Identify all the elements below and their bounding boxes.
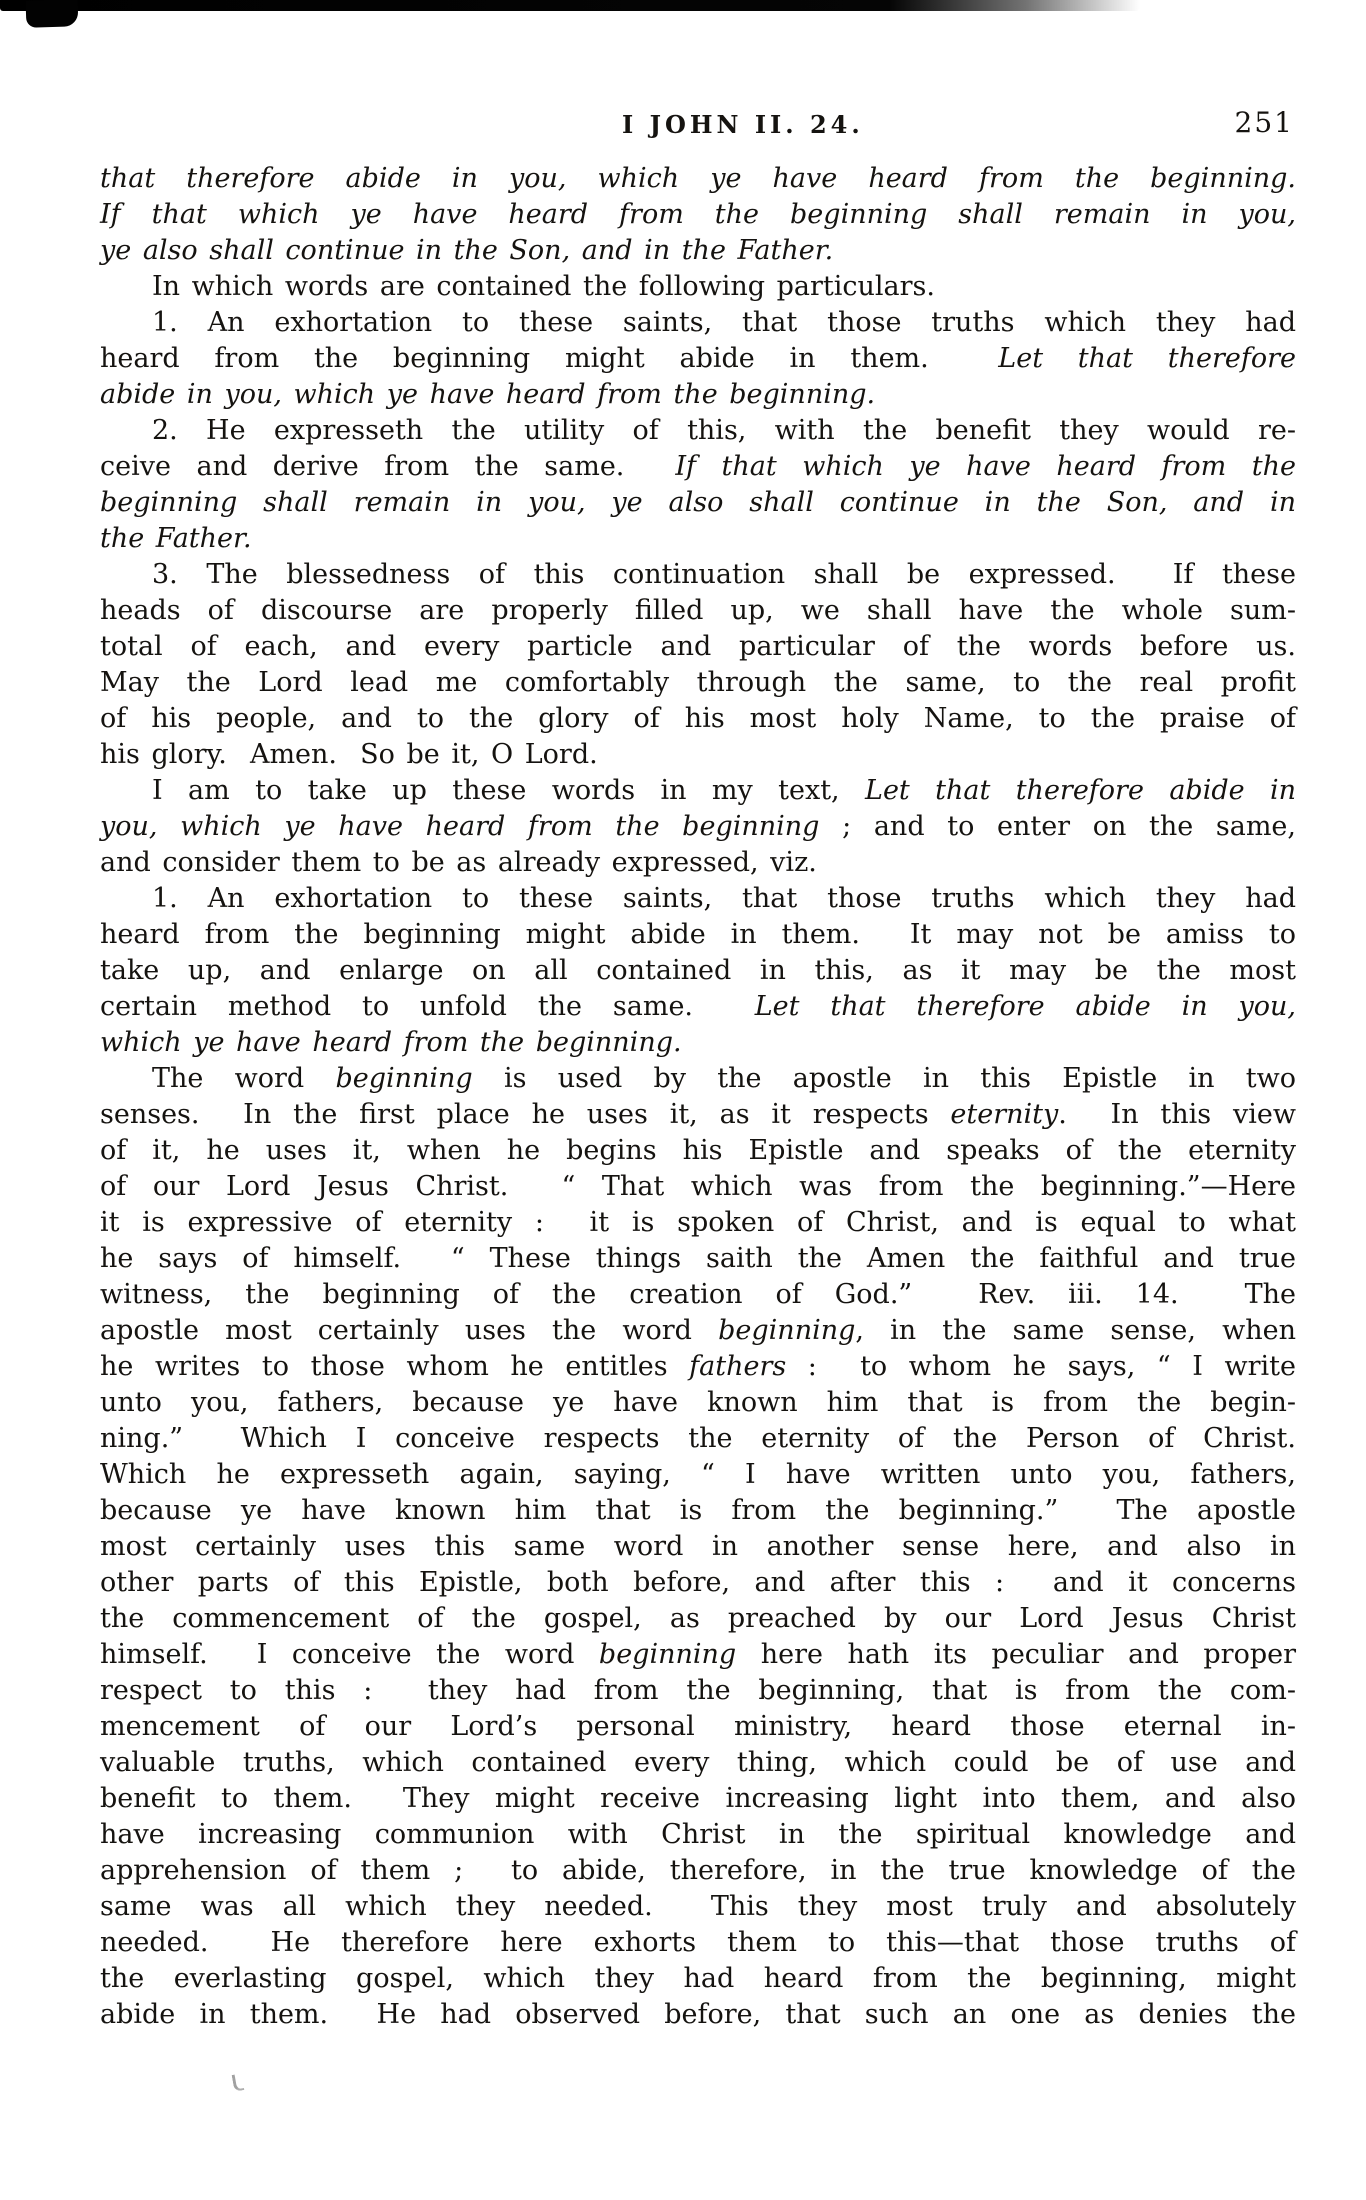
text-line: Which he expresseth again, saying, “ I h… — [100, 1457, 1296, 1493]
page-number: 251 — [1235, 106, 1294, 139]
text-segment: unto you, fathers, because ye have known… — [100, 1387, 1296, 1418]
text-line: ceive and derive from the same. If that … — [100, 449, 1296, 485]
text-segment: : to whom he says, “ I write — [786, 1351, 1296, 1382]
text-segment: I am to take up these words in my text, — [152, 775, 865, 806]
text-line: If that which ye have heard from the beg… — [100, 197, 1296, 233]
text-line: unto you, fathers, because ye have known… — [100, 1385, 1296, 1421]
text-line: the commencement of the gospel, as preac… — [100, 1601, 1296, 1637]
text-line: valuable truths, which contained every t… — [100, 1745, 1296, 1781]
text-segment: valuable truths, which contained every t… — [100, 1747, 1296, 1778]
text-line: total of each, and every particle and pa… — [100, 629, 1296, 665]
text-segment: of it, he uses it, when he begins his Ep… — [100, 1135, 1296, 1166]
text-segment: heard from the beginning might abide in … — [100, 343, 998, 374]
text-segment: total of each, and every particle and pa… — [100, 631, 1296, 662]
text-line: 2. He expresseth the utility of this, wi… — [100, 413, 1296, 449]
text-segment: , in the same sense, when — [855, 1315, 1296, 1346]
italic-text-segment: beginning — [335, 1063, 472, 1094]
text-line: ye also shall continue in the Son, and i… — [100, 233, 1296, 269]
italic-text-segment: ye also shall continue in the Son, and i… — [100, 235, 833, 266]
text-line: heard from the beginning might abide in … — [100, 341, 1296, 377]
text-line: have increasing communion with Christ in… — [100, 1817, 1296, 1853]
running-header: I JOHN II. 24. 251 — [100, 104, 1296, 144]
text-line: 3. The blessedness of this continuation … — [100, 557, 1296, 593]
text-line: and consider them to be as already expre… — [100, 845, 1296, 881]
text-segment: ; and to enter on the same, — [819, 811, 1296, 842]
text-segment: senses. In the first place he uses it, a… — [100, 1099, 950, 1130]
text-segment: he says of himself. “ These things saith… — [100, 1243, 1296, 1274]
text-line: The word beginning is used by the apostl… — [100, 1061, 1296, 1097]
text-segment: 1. An exhortation to these saints, that … — [152, 307, 1296, 338]
text-segment: of his people, and to the glory of his m… — [100, 703, 1296, 734]
scanned-book-page: I JOHN II. 24. 251 that therefore abide … — [0, 0, 1366, 2200]
text-line: abide in them. He had observed before, t… — [100, 1997, 1296, 2033]
italic-text-segment: Let that therefore abide in — [865, 775, 1296, 806]
text-line: abide in you, which ye have heard from t… — [100, 377, 1296, 413]
scan-artifact-top-left-blob — [26, 0, 79, 28]
text-segment: of our Lord Jesus Christ. “ That which w… — [100, 1171, 1296, 1202]
text-segment: May the Lord lead me comfortably through… — [100, 667, 1296, 698]
text-line: of his people, and to the glory of his m… — [100, 701, 1296, 737]
italic-text-segment: If that which ye have heard from the — [675, 451, 1296, 482]
text-segment: The word — [152, 1063, 335, 1094]
text-segment: certain method to unfold the same. — [100, 991, 755, 1022]
text-segment: 1. An exhortation to these saints, that … — [152, 883, 1296, 914]
text-segment: it is expressive of eternity : it is spo… — [100, 1207, 1296, 1238]
text-line: the everlasting gospel, which they had h… — [100, 1961, 1296, 1997]
text-line: take up, and enlarge on all contained in… — [100, 953, 1296, 989]
text-line: senses. In the first place he uses it, a… — [100, 1097, 1296, 1133]
italic-text-segment: abide in you, which ye have heard from t… — [100, 379, 875, 410]
text-line: that therefore abide in you, which ye ha… — [100, 161, 1296, 197]
text-segment: he writes to those whom he entitles — [100, 1351, 689, 1382]
text-line: heads of discourse are properly filled u… — [100, 593, 1296, 629]
text-segment: the commencement of the gospel, as preac… — [100, 1603, 1296, 1634]
text-line: respect to this : they had from the begi… — [100, 1673, 1296, 1709]
text-segment: mencement of our Lord’s personal ministr… — [100, 1711, 1296, 1742]
text-line: he writes to those whom he entitles fath… — [100, 1349, 1296, 1385]
text-segment: . In this view — [1058, 1099, 1296, 1130]
text-line: most certainly uses this same word in an… — [100, 1529, 1296, 1565]
text-segment: take up, and enlarge on all contained in… — [100, 955, 1296, 986]
text-line: the Father. — [100, 521, 1296, 557]
text-segment: other parts of this Epistle, both before… — [100, 1567, 1296, 1598]
text-segment: ning.” Which I conceive respects the ete… — [100, 1423, 1296, 1454]
italic-text-segment: which ye have heard from the beginning. — [100, 1027, 682, 1058]
text-line: he says of himself. “ These things saith… — [100, 1241, 1296, 1277]
italic-text-segment: Let that therefore — [998, 343, 1296, 374]
text-segment: heard from the beginning might abide in … — [100, 919, 1296, 950]
text-line: 1. An exhortation to these saints, that … — [100, 881, 1296, 917]
text-segment: 3. The blessedness of this continuation … — [152, 559, 1296, 590]
text-line: I am to take up these words in my text, … — [100, 773, 1296, 809]
text-line: needed. He therefore here exhorts them t… — [100, 1925, 1296, 1961]
text-segment: abide in them. He had observed before, t… — [100, 1999, 1296, 2030]
italic-text-segment: beginning — [718, 1315, 855, 1346]
text-line: witness, the beginning of the creation o… — [100, 1277, 1296, 1313]
text-segment: needed. He therefore here exhorts them t… — [100, 1927, 1296, 1958]
text-line: it is expressive of eternity : it is spo… — [100, 1205, 1296, 1241]
text-line: 1. An exhortation to these saints, that … — [100, 305, 1296, 341]
text-line: ning.” Which I conceive respects the ete… — [100, 1421, 1296, 1457]
scan-artifact-top-streak — [0, 0, 1140, 11]
text-line: certain method to unfold the same. Let t… — [100, 989, 1296, 1025]
italic-text-segment: you, which ye have heard from the beginn… — [100, 811, 819, 842]
text-line: same was all which they needed. This the… — [100, 1889, 1296, 1925]
text-segment: apostle most certainly uses the word — [100, 1315, 718, 1346]
text-segment: because ye have known him that is from t… — [100, 1495, 1296, 1526]
text-segment: his glory. Amen. So be it, O Lord. — [100, 739, 598, 770]
text-segment: 2. He expresseth the utility of this, wi… — [152, 415, 1296, 446]
italic-text-segment: beginning shall remain in you, ye also s… — [100, 487, 1296, 518]
running-header-title: I JOHN II. 24. — [622, 110, 864, 139]
text-line: of our Lord Jesus Christ. “ That which w… — [100, 1169, 1296, 1205]
text-segment: the everlasting gospel, which they had h… — [100, 1963, 1296, 1994]
text-segment: respect to this : they had from the begi… — [100, 1675, 1296, 1706]
text-line: other parts of this Epistle, both before… — [100, 1565, 1296, 1601]
text-line: In which words are contained the followi… — [100, 269, 1296, 305]
text-segment: himself. I conceive the word — [100, 1639, 599, 1670]
text-line: benefit to them. They might receive incr… — [100, 1781, 1296, 1817]
text-segment: Which he expresseth again, saying, “ I h… — [100, 1459, 1296, 1490]
text-segment: benefit to them. They might receive incr… — [100, 1783, 1296, 1814]
text-line: heard from the beginning might abide in … — [100, 917, 1296, 953]
text-segment: heads of discourse are properly filled u… — [100, 595, 1296, 626]
text-segment: apprehension of them ; to abide, therefo… — [100, 1855, 1296, 1886]
text-line: of it, he uses it, when he begins his Ep… — [100, 1133, 1296, 1169]
text-line: his glory. Amen. So be it, O Lord. — [100, 737, 1296, 773]
italic-text-segment: If that which ye have heard from the beg… — [100, 199, 1296, 230]
text-segment: and consider them to be as already expre… — [100, 847, 817, 878]
italic-text-segment: Let that therefore abide in you, — [755, 991, 1296, 1022]
text-line: beginning shall remain in you, ye also s… — [100, 485, 1296, 521]
scan-artifact-bottom-speck — [232, 2073, 245, 2091]
text-segment: same was all which they needed. This the… — [100, 1891, 1296, 1922]
italic-text-segment: that therefore abide in you, which ye ha… — [100, 163, 1296, 194]
italic-text-segment: eternity — [950, 1099, 1058, 1130]
text-segment: have increasing communion with Christ in… — [100, 1819, 1296, 1850]
text-segment: here hath its peculiar and proper — [736, 1639, 1296, 1670]
page-body: that therefore abide in you, which ye ha… — [100, 161, 1296, 2033]
text-segment: witness, the beginning of the creation o… — [100, 1279, 1296, 1310]
text-line: apprehension of them ; to abide, therefo… — [100, 1853, 1296, 1889]
text-line: you, which ye have heard from the beginn… — [100, 809, 1296, 845]
text-segment: In which words are contained the followi… — [152, 271, 935, 302]
text-line: apostle most certainly uses the word beg… — [100, 1313, 1296, 1349]
text-line: which ye have heard from the beginning. — [100, 1025, 1296, 1061]
text-line: because ye have known him that is from t… — [100, 1493, 1296, 1529]
text-segment: is used by the apostle in this Epistle i… — [473, 1063, 1296, 1094]
text-line: mencement of our Lord’s personal ministr… — [100, 1709, 1296, 1745]
text-segment: ceive and derive from the same. — [100, 451, 675, 482]
italic-text-segment: beginning — [599, 1639, 736, 1670]
text-line: May the Lord lead me comfortably through… — [100, 665, 1296, 701]
italic-text-segment: the Father. — [100, 523, 252, 554]
text-segment: most certainly uses this same word in an… — [100, 1531, 1296, 1562]
text-line: himself. I conceive the word beginning h… — [100, 1637, 1296, 1673]
italic-text-segment: fathers — [689, 1351, 786, 1382]
